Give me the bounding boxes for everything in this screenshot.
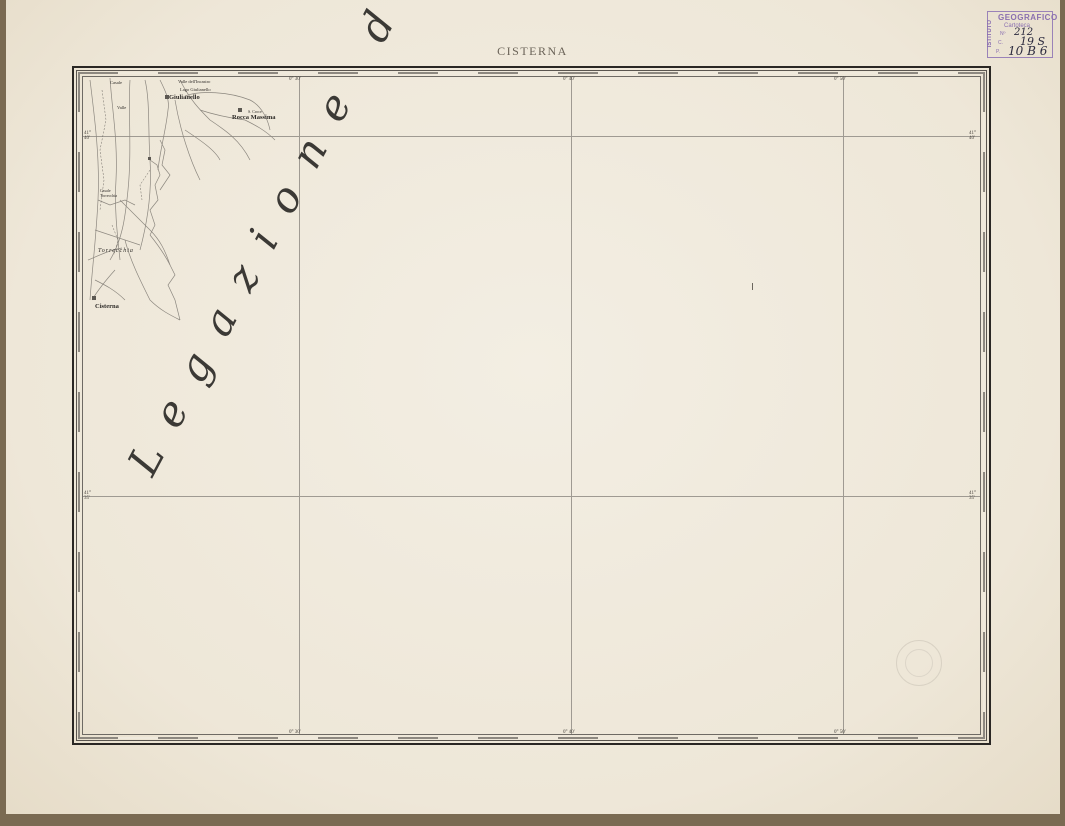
place-label: Casale [110,80,122,85]
place-label: S. Croce [248,109,262,114]
place-label-rocca-massima: Rocca Massima [232,114,276,121]
library-seal [896,640,942,686]
place-label: Valle [117,105,126,110]
place-label-torrecchia: Torrecchia [98,248,134,254]
place-label: Casale Torrecchia [100,188,122,198]
place-label: Valle dell'Incastro [178,79,210,84]
place-label-giulianello: Giulianello [169,94,200,101]
place-label: Lago Giulianello [180,87,211,92]
place-label-cisterna: Cisterna [95,303,119,310]
pencil-mark [752,283,753,290]
